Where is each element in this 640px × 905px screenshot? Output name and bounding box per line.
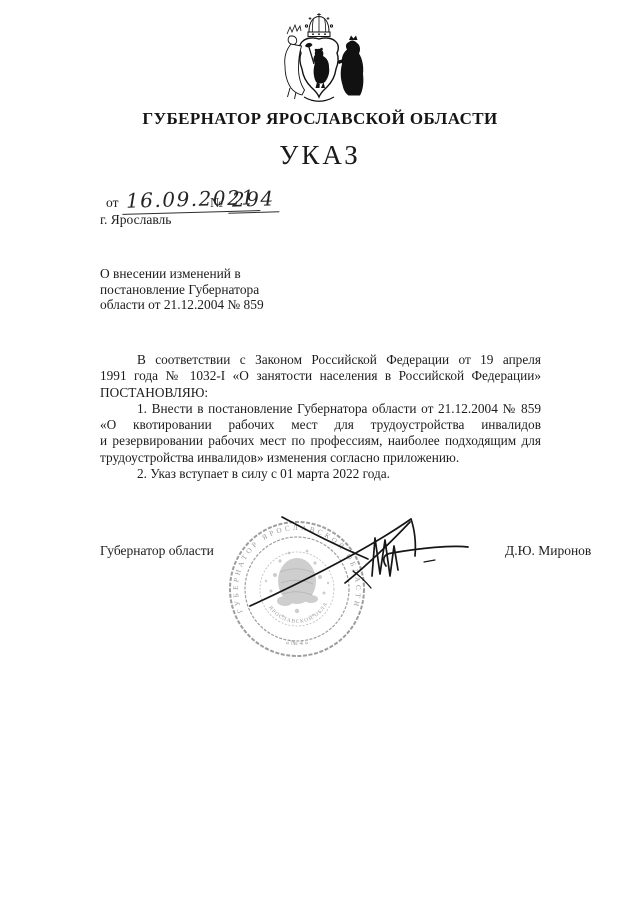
decree-document-page: ГУБЕРНАТОР ЯРОСЛАВСКОЙ ОБЛАСТИ УКАЗ от 1…	[0, 0, 640, 905]
body-line: 1991 года № 1032-I «О занятости населени…	[100, 368, 541, 384]
date-prefix-label: от	[106, 195, 118, 211]
body-line: 1. Внести в постановление Губернатора об…	[100, 401, 541, 417]
body-line: ПОСТАНОВЛЯЮ:	[100, 385, 541, 401]
body-line: «О квотировании рабочих мест для трудоус…	[100, 417, 541, 433]
body-line: В соответствии с Законом Российской Феде…	[100, 352, 541, 368]
decree-body: В соответствии с Законом Российской Феде…	[100, 352, 541, 482]
governor-signature	[225, 498, 525, 648]
body-line: и резервировании рабочих мест по професс…	[100, 433, 541, 449]
subject-line: О внесении изменений в	[100, 266, 330, 282]
body-line: 2. Указ вступает в силу с 01 марта 2022 …	[100, 466, 541, 482]
issuing-authority-title: ГУБЕРНАТОР ЯРОСЛАВСКОЙ ОБЛАСТИ	[0, 109, 640, 129]
subject-block: О внесении изменений в постановление Губ…	[100, 266, 330, 313]
number-prefix-label: №	[210, 195, 223, 211]
city-label: г. Ярославль	[100, 212, 171, 228]
subject-line: постановление Губернатора	[100, 282, 330, 298]
date-and-number-line: от 16.09.2021 № 294	[100, 186, 360, 214]
signer-position-label: Губернатор области	[100, 543, 214, 559]
subject-line: области от 21.12.2004 № 859	[100, 297, 330, 313]
coat-of-arms-icon	[272, 12, 372, 106]
document-type-heading: УКАЗ	[0, 140, 640, 171]
body-line: трудоустройства инвалидов» изменения сог…	[100, 450, 541, 466]
handwritten-number: 294	[228, 186, 279, 213]
